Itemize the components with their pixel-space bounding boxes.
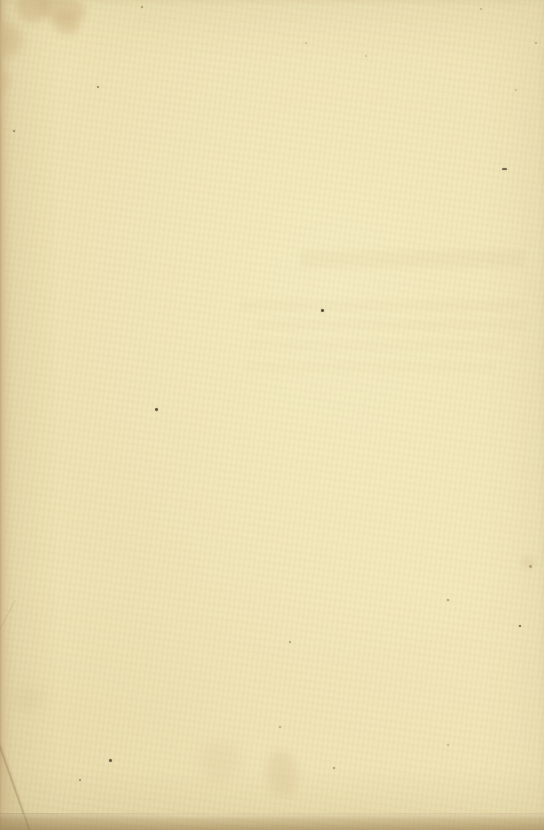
- book-page: [0, 0, 544, 830]
- corner-stain-left-blob: [0, 22, 22, 58]
- bleed-through-mark: [300, 250, 525, 268]
- paper-speck: [480, 8, 482, 10]
- bleed-through-mark: [255, 320, 525, 330]
- paper-speck: [535, 42, 537, 44]
- paper-speck: [447, 599, 449, 601]
- bleed-through-mark: [240, 300, 520, 311]
- bottom-center-stain: [263, 748, 301, 800]
- left-mid-smudge: [12, 686, 44, 712]
- paper-speck: [141, 6, 143, 8]
- right-small-stain: [520, 556, 536, 568]
- bleed-through-mark: [245, 362, 495, 372]
- paper-speck: [321, 309, 324, 312]
- paper-speck: [289, 641, 291, 643]
- paper-texture: [0, 0, 544, 830]
- paper-speck: [447, 744, 449, 746]
- paper-speck: [155, 408, 158, 411]
- page-left-edge: [0, 0, 10, 830]
- paper-speck: [333, 767, 335, 769]
- bleed-through-mark: [250, 340, 505, 350]
- paper-speck: [305, 42, 307, 44]
- paper-speck: [79, 779, 81, 781]
- bottom-center-stain-halo: [198, 740, 242, 782]
- paper-speck: [529, 565, 532, 568]
- paper-speck: [515, 89, 517, 91]
- paper-speck: [502, 168, 507, 170]
- paper-speck: [109, 759, 112, 762]
- paper-speck: [13, 130, 15, 132]
- page-vignette: [0, 0, 544, 830]
- page-bottom-edge: [0, 813, 544, 830]
- paper-speck: [365, 55, 367, 57]
- paper-speck: [519, 625, 521, 627]
- paper-speck: [279, 726, 281, 728]
- paper-speck: [97, 86, 99, 88]
